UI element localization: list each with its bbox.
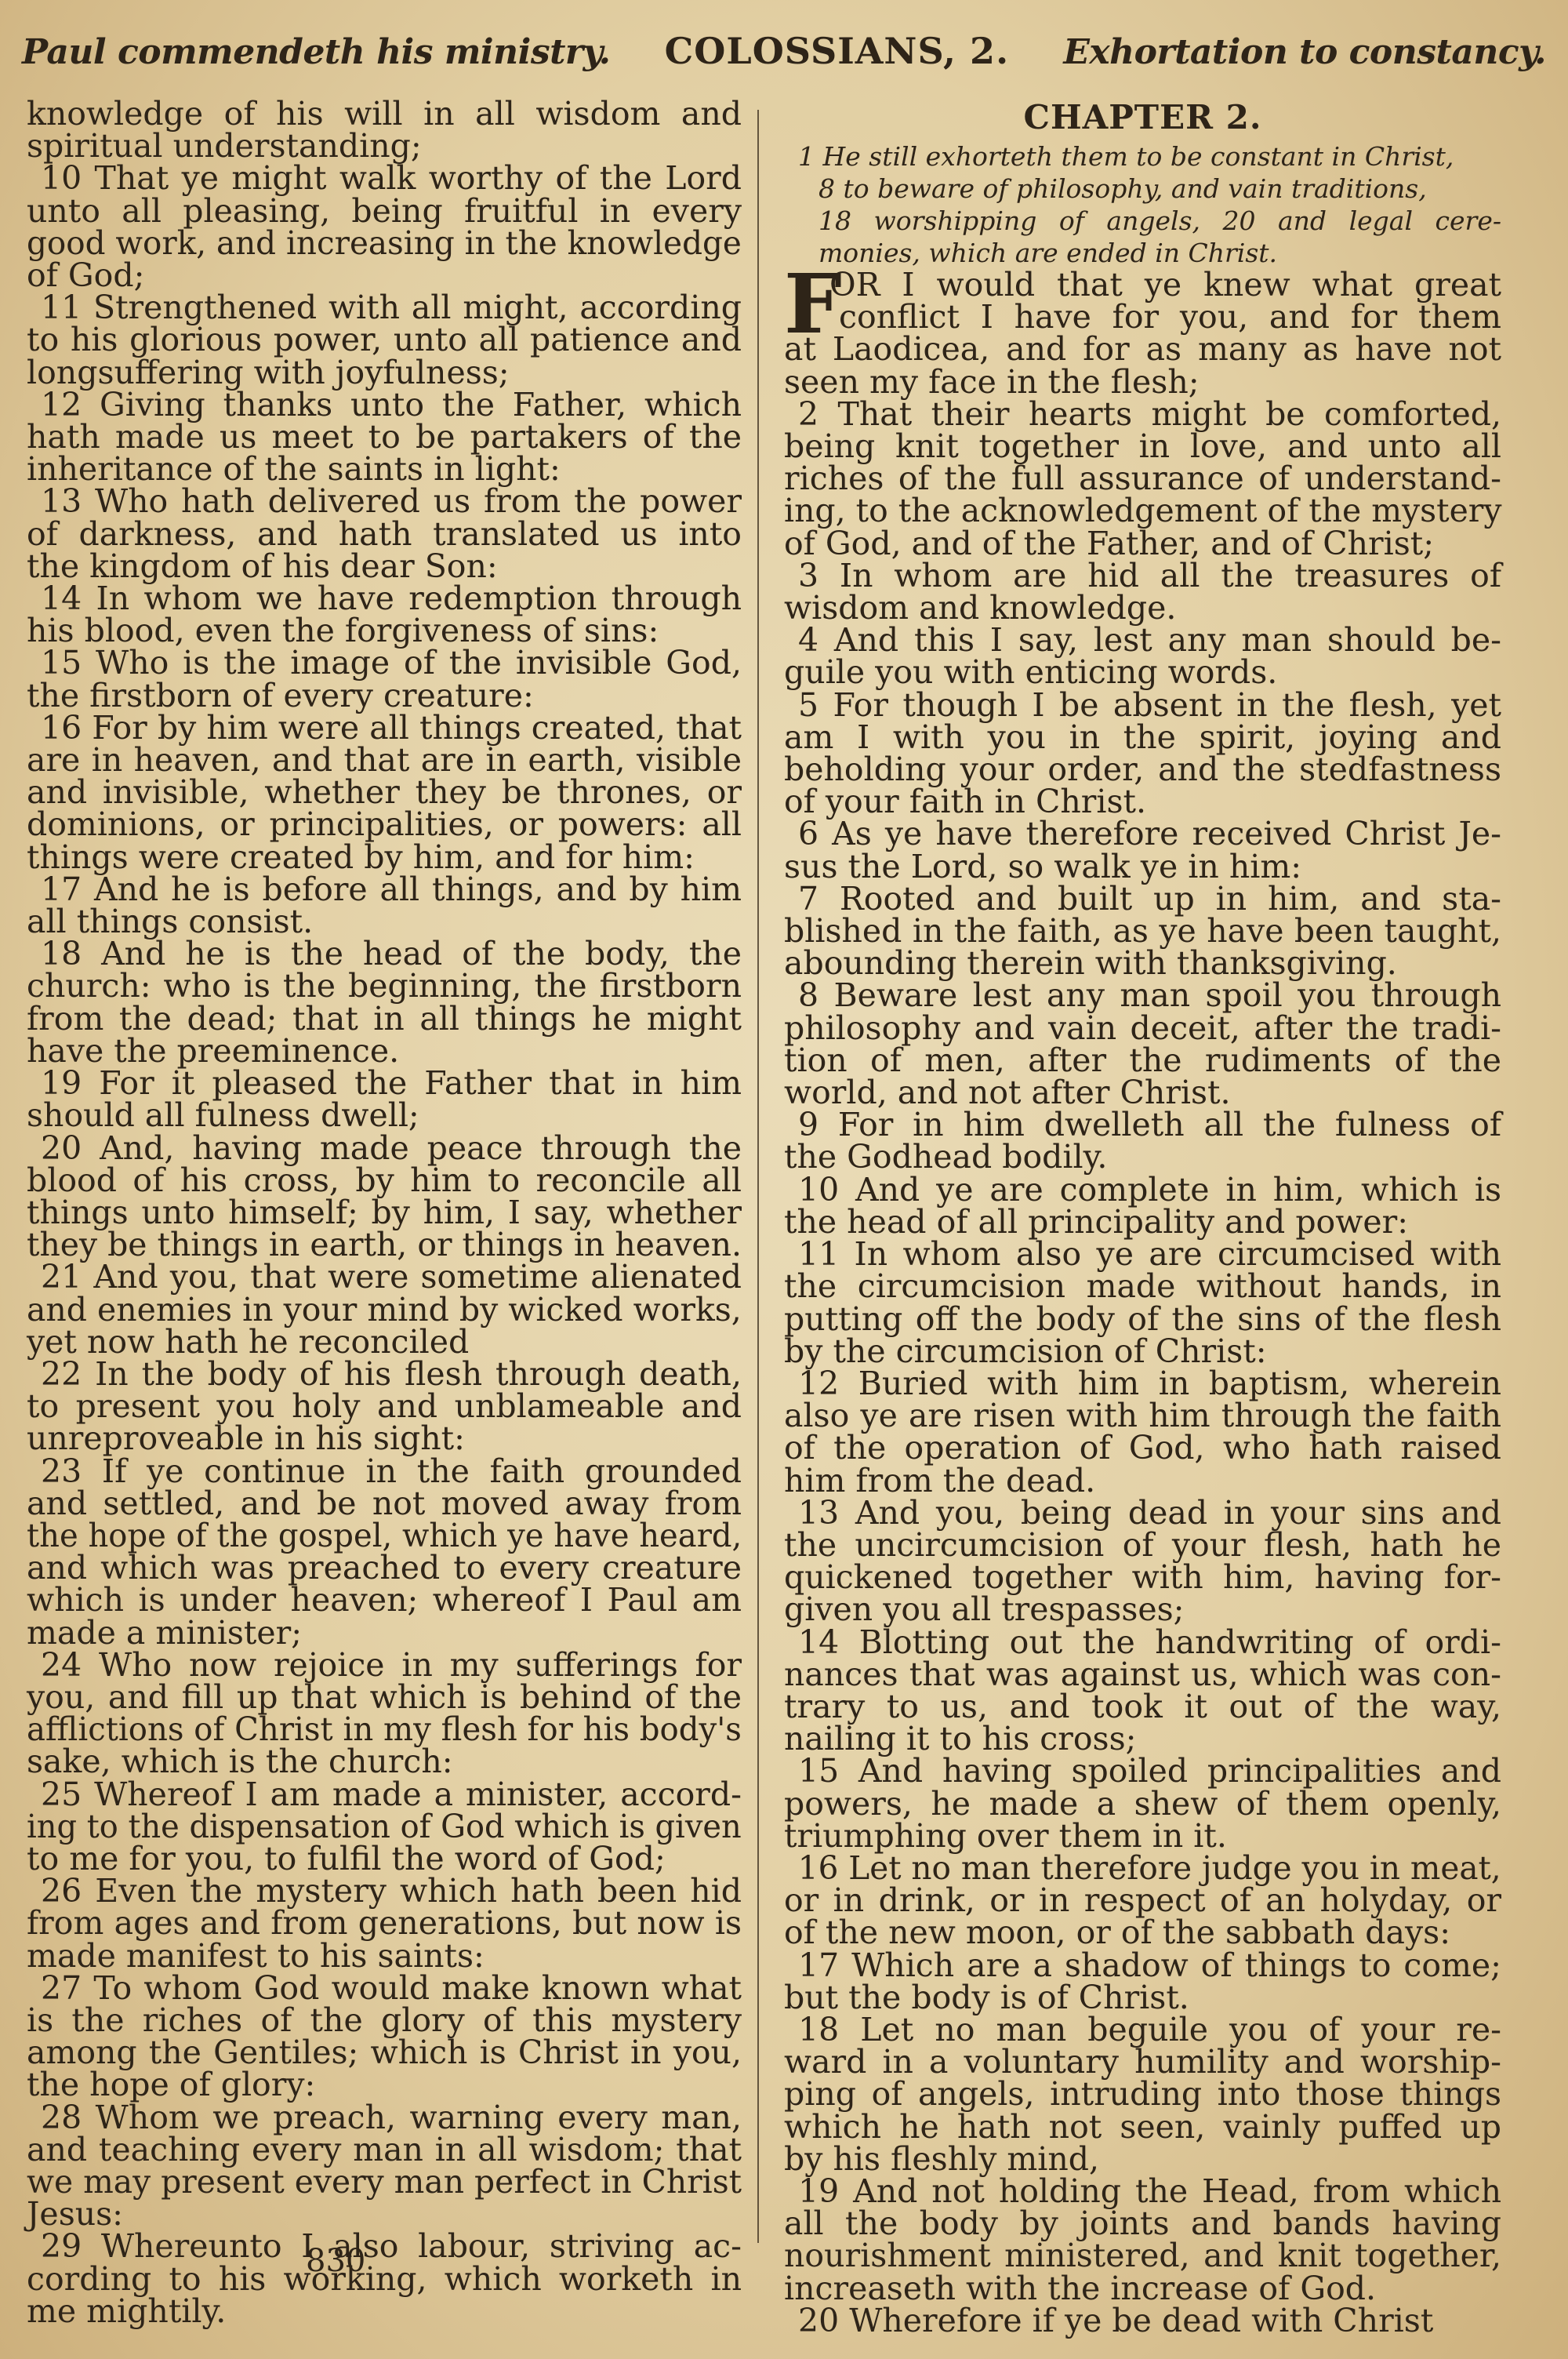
text-line: is the riches of the glory of this myste… (27, 2005, 742, 2037)
text-line: also ye are risen with him through the f… (784, 1400, 1501, 1432)
text-line: tion of men, after the rudiments of the (784, 1045, 1501, 1077)
text-line: of darkness, and hath translated us into (27, 518, 742, 551)
column-rule (757, 110, 759, 2243)
text-line: 24 Who now rejoice in my sufferings for (27, 1649, 742, 1681)
text-line: the hope of glory: (27, 2069, 742, 2101)
text-line: from the dead; that in all things he mig… (27, 1003, 742, 1035)
text-line: 8 Beware lest any man spoil you through (784, 980, 1501, 1012)
text-line: of your faith in Christ. (784, 786, 1501, 818)
text-line: made manifest to his saints: (27, 1940, 742, 1972)
text-line: to me for you, to fulfil the word of God… (27, 1843, 742, 1875)
text-line: 12 Buried with him in baptism, wherein (784, 1368, 1501, 1400)
drop-cap: F (784, 271, 842, 338)
text-line: philosophy and vain deceit, after the tr… (784, 1012, 1501, 1045)
chapter-title: CHAPTER 2. (784, 98, 1501, 137)
text-line: 16 For by him were all things created, t… (27, 712, 742, 744)
text-line: good work, and increasing in the knowled… (27, 227, 742, 260)
header-book-chapter: COLOSSIANS, 2. (665, 30, 1009, 72)
text-line: the kingdom of his dear Son: (27, 551, 742, 583)
text-line: or in drink, or in respect of an holyday… (784, 1885, 1501, 1917)
text-line: his blood, even the forgiveness of sins: (27, 615, 742, 647)
text-line: to present you holy and unblameable and (27, 1390, 742, 1423)
text-line: things were created by him, and for him: (27, 841, 742, 874)
text-line: 16 Let no man therefore judge you in mea… (784, 1852, 1515, 1885)
text-line: 2 That their hearts might be comforted, (784, 398, 1501, 431)
text-line: nances that was against us, which was co… (784, 1659, 1501, 1691)
text-line: 23 If ye continue in the faith grounded (27, 1456, 742, 1488)
text-line: at Laodicea, and for as many as have not (784, 333, 1501, 365)
text-line: 14 In whom we have redemption through (27, 583, 742, 615)
text-line: afflictions of Christ in my flesh for hi… (27, 1714, 742, 1746)
text-line: 15 And having spoiled principalities and (784, 1755, 1501, 1787)
book-page: Paul commendeth his ministry. COLOSSIANS… (0, 0, 1568, 2359)
text-line: and which was preached to every creature (27, 1552, 742, 1584)
text-line: the Godhead bodily. (784, 1141, 1501, 1173)
text-line: spiritual understanding; (27, 130, 742, 162)
text-line: given you all trespasses; (784, 1594, 1501, 1626)
text-line: putting off the body of the sins of the … (784, 1303, 1501, 1336)
text-line: which is under heaven; whereof I Paul am (27, 1584, 742, 1616)
text-line: quickened together with him, having for- (784, 1561, 1501, 1594)
text-line: being knit together in love, and unto al… (784, 431, 1501, 463)
text-line: 15 Who is the image of the invisible God… (27, 647, 742, 679)
text-line: 18 And he is the head of the body, the (27, 938, 742, 970)
text-line: unreproveable in his sight: (27, 1423, 742, 1455)
text-line: made a minister; (27, 1617, 742, 1649)
text-line: they be things in earth, or things in he… (27, 1229, 742, 1261)
text-line: 18 Let no man beguile you of your re- (784, 2014, 1501, 2046)
text-line: 26 Even the mystery which hath been hid (27, 1875, 742, 1907)
text-line: among the Gentiles; which is Christ in y… (27, 2037, 742, 2069)
text-line: blished in the faith, as ye have been ta… (784, 915, 1501, 947)
text-line: 28 Whom we preach, warning every man, (27, 2102, 742, 2134)
text-line: me mightily. (27, 2295, 742, 2328)
text-line: knowledge of his will in all wisdom and (27, 98, 742, 130)
text-line: 13 And you, being dead in your sins and (784, 1497, 1501, 1529)
text-line: by the circumcision of Christ: (784, 1336, 1501, 1368)
page-number: 830 (306, 2243, 365, 2279)
text-line: the circumcision made without hands, in (784, 1270, 1501, 1303)
text-line: 5 For though I be absent in the flesh, y… (784, 689, 1501, 722)
text-line: 13 Who hath delivered us from the power (27, 485, 742, 518)
text-line: am I with you in the spirit, joying and (784, 722, 1501, 754)
text-line: 14 Blotting out the handwriting of ordi- (784, 1627, 1501, 1659)
text-line: triumphing over them in it. (784, 1820, 1501, 1852)
text-line: the firstborn of every creature: (27, 680, 742, 712)
text-line: conflict I have for you, and for them (784, 301, 1501, 333)
text-line: 9 For in him dwelleth all the fulness of (784, 1109, 1501, 1141)
text-line: 4 And this I say, lest any man should be… (784, 624, 1501, 656)
text-line: sake, which is the church: (27, 1746, 742, 1778)
text-line: from ages and from generations, but now … (27, 1907, 742, 1939)
text-line: wisdom and knowledge. (784, 592, 1501, 624)
text-line: 17 And he is before all things, and by h… (27, 874, 742, 906)
text-line: him from the dead. (784, 1465, 1501, 1497)
text-line: you, and fill up that which is behind of… (27, 1681, 742, 1714)
text-line: beholding your order, and the stedfastne… (784, 754, 1501, 786)
text-line: which he hath not seen, vainly puffed up (784, 2111, 1501, 2143)
text-line: Jesus: (27, 2198, 742, 2230)
text-line: ing, to the acknowledgement of the myste… (784, 495, 1501, 527)
text-line: by his fleshly mind, (784, 2143, 1501, 2175)
text-line: inheritance of the saints in light: (27, 453, 742, 485)
summary-line: monies, which are ended in Christ. (784, 237, 1501, 269)
text-line: all the body by joints and bands having (784, 2208, 1501, 2240)
text-line: 20 And, having made peace through the (27, 1132, 742, 1165)
text-line: longsuffering with joyfulness; (27, 357, 742, 389)
text-line: OR I would that ye knew what great (784, 269, 1501, 301)
text-line: and settled, and be not moved away from (27, 1488, 742, 1520)
text-line: the uncircumcision of your flesh, hath h… (784, 1529, 1501, 1561)
text-line: 25 Whereof I am made a minister, accord- (27, 1779, 742, 1811)
text-line: yet now hath he reconciled (27, 1326, 742, 1358)
text-line: 22 In the body of his flesh through deat… (27, 1358, 742, 1390)
header-right-topic: Exhortation to constancy. (1063, 32, 1546, 72)
text-line: 17 Which are a shadow of things to come; (784, 1950, 1501, 1982)
text-line: and invisible, whether they be thrones, … (27, 776, 742, 809)
text-line: 6 As ye have therefore received Christ J… (784, 818, 1501, 850)
summary-line: 18 worshipping of angels, 20 and legal c… (784, 205, 1501, 237)
text-line: 10 That ye might walk worthy of the Lord (27, 162, 742, 194)
right-column-text: at Laodicea, and for as many as have not… (784, 333, 1501, 2337)
text-line: 19 And not holding the Head, from which (784, 2175, 1501, 2208)
text-line: church: who is the beginning, the firstb… (27, 970, 742, 1002)
text-line: 21 And you, that were sometime alienated (27, 1261, 742, 1293)
text-line: guile you with enticing words. (784, 656, 1501, 689)
chapter-summary: 1 He still exhorteth them to be constant… (784, 140, 1501, 269)
text-line: things unto himself; by him, I say, whet… (27, 1197, 742, 1229)
text-line: nourishment ministered, and knit togethe… (784, 2240, 1501, 2272)
text-line: are in heaven, and that are in earth, vi… (27, 744, 742, 776)
text-line: of the operation of God, who hath raised (784, 1432, 1501, 1464)
text-line: 12 Giving thanks unto the Father, which (27, 389, 742, 421)
text-line: ing to the dispensation of God which is … (27, 1811, 742, 1843)
text-line: should all fulness dwell; (27, 1100, 742, 1132)
text-line: powers, he made a shew of them openly, (784, 1788, 1501, 1820)
text-line: trary to us, and took it out of the way, (784, 1691, 1501, 1723)
summary-line: 8 to beware of philosophy, and vain trad… (784, 173, 1501, 205)
text-line: 10 And ye are complete in him, which is (784, 1174, 1501, 1206)
text-line: of God, and of the Father, and of Christ… (784, 528, 1501, 560)
text-line: seen my face in the flesh; (784, 366, 1501, 398)
text-line: the hope of the gospel, which ye have he… (27, 1520, 742, 1552)
left-column: knowledge of his will in all wisdom ands… (27, 98, 742, 2328)
text-line: 3 In whom are hid all the treasures of (784, 560, 1501, 592)
text-line: riches of the full assurance of understa… (784, 463, 1501, 495)
running-header: Paul commendeth his ministry. COLOSSIANS… (22, 30, 1546, 85)
text-line: abounding therein with thanksgiving. (784, 947, 1501, 980)
text-line: all things consist. (27, 906, 742, 938)
text-line: of the new moon, or of the sabbath days: (784, 1917, 1501, 1949)
text-line: 11 Strengthened with all might, accordin… (27, 292, 742, 324)
text-line: 20 Wherefore if ye be dead with Christ (784, 2305, 1501, 2337)
text-line: blood of his cross, by him to reconcile … (27, 1165, 742, 1197)
text-line: of God; (27, 260, 742, 292)
text-line: ward in a voluntary humility and worship… (784, 2046, 1501, 2078)
text-line: and teaching every man in all wisdom; th… (27, 2134, 742, 2166)
text-line: nailing it to his cross; (784, 1723, 1501, 1755)
text-line: cording to his working, which worketh in (27, 2263, 742, 2295)
text-line: 7 Rooted and built up in him, and sta- (784, 883, 1501, 915)
summary-line: 1 He still exhorteth them to be constant… (784, 140, 1501, 173)
text-line: we may present every man perfect in Chri… (27, 2166, 742, 2198)
text-line: unto all pleasing, being fruitful in eve… (27, 195, 742, 227)
text-line: 29 Whereunto I also labour, striving ac- (27, 2230, 742, 2263)
text-line: and enemies in your mind by wicked works… (27, 1294, 742, 1326)
text-line: the head of all principality and power: (784, 1206, 1501, 1238)
text-line: ping of angels, intruding into those thi… (784, 2078, 1501, 2110)
text-line: hath made us meet to be partakers of the (27, 421, 742, 453)
chapter-opening: F OR I would that ye knew what great con… (784, 269, 1501, 333)
text-line: but the body is of Christ. (784, 1982, 1501, 2014)
right-column: CHAPTER 2. 1 He still exhorteth them to … (784, 98, 1501, 2337)
text-line: to his glorious power, unto all patience… (27, 324, 742, 356)
text-line: sus the Lord, so walk ye in him: (784, 851, 1501, 883)
text-line: 19 For it pleased the Father that in him (27, 1067, 742, 1100)
text-line: 27 To whom God would make known what (27, 1972, 742, 2005)
header-left-topic: Paul commendeth his ministry. (22, 32, 610, 72)
text-line: have the preeminence. (27, 1035, 742, 1067)
text-line: 11 In whom also ye are circumcised with (784, 1238, 1501, 1270)
text-line: increaseth with the increase of God. (784, 2273, 1501, 2305)
text-line: dominions, or principalities, or powers:… (27, 809, 742, 841)
text-line: world, and not after Christ. (784, 1077, 1501, 1109)
